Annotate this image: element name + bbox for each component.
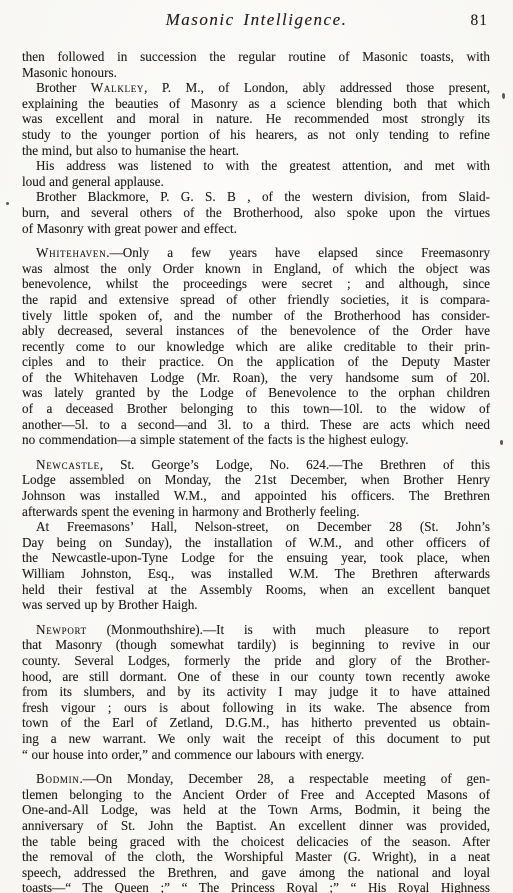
ink-speck <box>500 440 503 445</box>
text-line: Brother Walkley, P. M., of London, ably … <box>22 80 490 96</box>
text-line: was served up by Brother Haigh. <box>22 597 490 613</box>
paragraph-bodmin: Bodmin.—On Monday, December 28, a respec… <box>22 771 490 893</box>
text-line: Brother Blackmore, P. G. S. B , of the w… <box>22 189 490 205</box>
text-line: from its slumbers, and by its activity I… <box>22 684 490 700</box>
text-line: was excellent and moral in nature. He re… <box>22 111 490 127</box>
paragraph-toasts-continuation: then followed in succession the regular … <box>22 49 490 80</box>
text-line: anniversary of St. John the Baptist. An … <box>22 818 490 834</box>
text-line: loud and general applause. <box>22 174 490 190</box>
ink-speck <box>302 868 304 870</box>
text-line: Newcastle, St. George’s Lodge, No. 624.—… <box>22 457 490 473</box>
text-line: hood, are still dormant. One of these in… <box>22 669 490 685</box>
text-line: county. Several Lodges, formerly the pri… <box>22 653 490 669</box>
text-line: benevolence, whilst the proceedings were… <box>22 276 490 292</box>
text-line: of the Whitehaven Lodge (Mr. Roan), the … <box>22 370 490 386</box>
paragraph-applause: His address was listened to with the gre… <box>22 158 490 189</box>
text-line: explaining the beauties of Masonry as a … <box>22 96 490 112</box>
paragraph-newport: Newport (Monmouthshire).—It is with much… <box>22 622 490 762</box>
paragraph-brother-walkley: Brother Walkley, P. M., of London, ably … <box>22 80 490 158</box>
text-line: Lodge assembled on Monday, the 21st Dece… <box>22 472 490 488</box>
text-line: Whitehaven.—Only a few years have elapse… <box>22 245 490 261</box>
ink-speck <box>502 93 505 99</box>
text-line: of Masonry with great power and effect. <box>22 221 490 237</box>
small-caps-name: Bodmin <box>36 771 80 786</box>
text-line: speech, addressed the Brethren, and gave… <box>22 865 490 881</box>
text-line: tively little spoken of, and the number … <box>22 308 490 324</box>
text-line: the table being graced with the choicest… <box>22 834 490 850</box>
text-line: Masonic honours. <box>22 65 490 81</box>
paragraph-freemasons-hall: At Freemasons’ Hall, Nelson-street, on D… <box>22 519 490 613</box>
text-line: that Masonry (though somewhat tardily) i… <box>22 637 490 653</box>
text-line: town of the Earl of Zetland, D.G.M., has… <box>22 715 490 731</box>
text-line: toasts—“ The Queen ;” “ The Princess Roy… <box>22 880 490 893</box>
text-line: of a deceased Brother belonging to this … <box>22 401 490 417</box>
small-caps-name: Whitehaven <box>36 245 106 260</box>
text-line: recently come to our knowledge which are… <box>22 339 490 355</box>
text-line: Newport (Monmouthshire).—It is with much… <box>22 622 490 638</box>
text-line: held their festival at the Assembly Room… <box>22 582 490 598</box>
running-title: Masonic Intelligence. <box>166 10 348 29</box>
text-line: burn, and several others of the Brotherh… <box>22 205 490 221</box>
paragraph-newcastle: Newcastle, St. George’s Lodge, No. 624.—… <box>22 457 490 519</box>
small-caps-name: Newcastle <box>36 457 100 472</box>
text-line: then followed in succession the regular … <box>22 49 490 65</box>
text-line: One-and-All Lodge, was held at the Town … <box>22 802 490 818</box>
text-line: “ our house into order,” and commence ou… <box>22 747 490 763</box>
small-caps-name: Walkley <box>91 80 144 95</box>
scanned-book-page: Masonic Intelligence. 81 then followed i… <box>0 0 513 893</box>
text-line: Johnson was installed W.M., and appointe… <box>22 488 490 504</box>
text-line: Day being on Sunday), the installation o… <box>22 535 490 551</box>
text-line: fresh vigour ; ours is about following i… <box>22 700 490 716</box>
page-number: 81 <box>471 12 489 30</box>
text-line: At Freemasons’ Hall, Nelson-street, on D… <box>22 519 490 535</box>
text-line: study to the younger portion of his hear… <box>22 127 490 143</box>
text-line: the mind, but also to humanise the heart… <box>22 143 490 159</box>
text-line: was lately granted by the Lodge of Benev… <box>22 385 490 401</box>
text-line: afterwards spent the evening in harmony … <box>22 504 490 520</box>
paragraph-whitehaven: Whitehaven.—Only a few years have elapse… <box>22 245 490 448</box>
small-caps-name: Newport <box>36 622 87 637</box>
text-line: His address was listened to with the gre… <box>22 158 490 174</box>
text-line: ciples and to their practice. On the app… <box>22 354 490 370</box>
text-line: ing a new warrant. We only wait the rece… <box>22 731 490 747</box>
text-line: was almost the only Order known in Engla… <box>22 261 490 277</box>
paragraph-brother-blackmore: Brother Blackmore, P. G. S. B , of the w… <box>22 189 490 236</box>
text-line: Bodmin.—On Monday, December 28, a respec… <box>22 771 490 787</box>
text-line: ably decreased, several instances of the… <box>22 323 490 339</box>
text-line: another—5l. to a second—and 3l. to a thi… <box>22 417 490 433</box>
text-line: William Johnston, Esq., was installed W.… <box>22 566 490 582</box>
ink-speck <box>6 202 9 205</box>
text-line: no commendation—a simple statement of th… <box>22 432 490 448</box>
text-line: the rapid and extensive spread of other … <box>22 292 490 308</box>
page-body: then followed in succession the regular … <box>0 36 513 893</box>
text-line: the removal of the cloth, the Worshipful… <box>22 849 490 865</box>
text-line: tlemen belonging to the Ancient Order of… <box>22 787 490 803</box>
page-header: Masonic Intelligence. 81 <box>0 10 513 36</box>
text-line: the Newcastle-upon-Tyne Lodge for the en… <box>22 550 490 566</box>
